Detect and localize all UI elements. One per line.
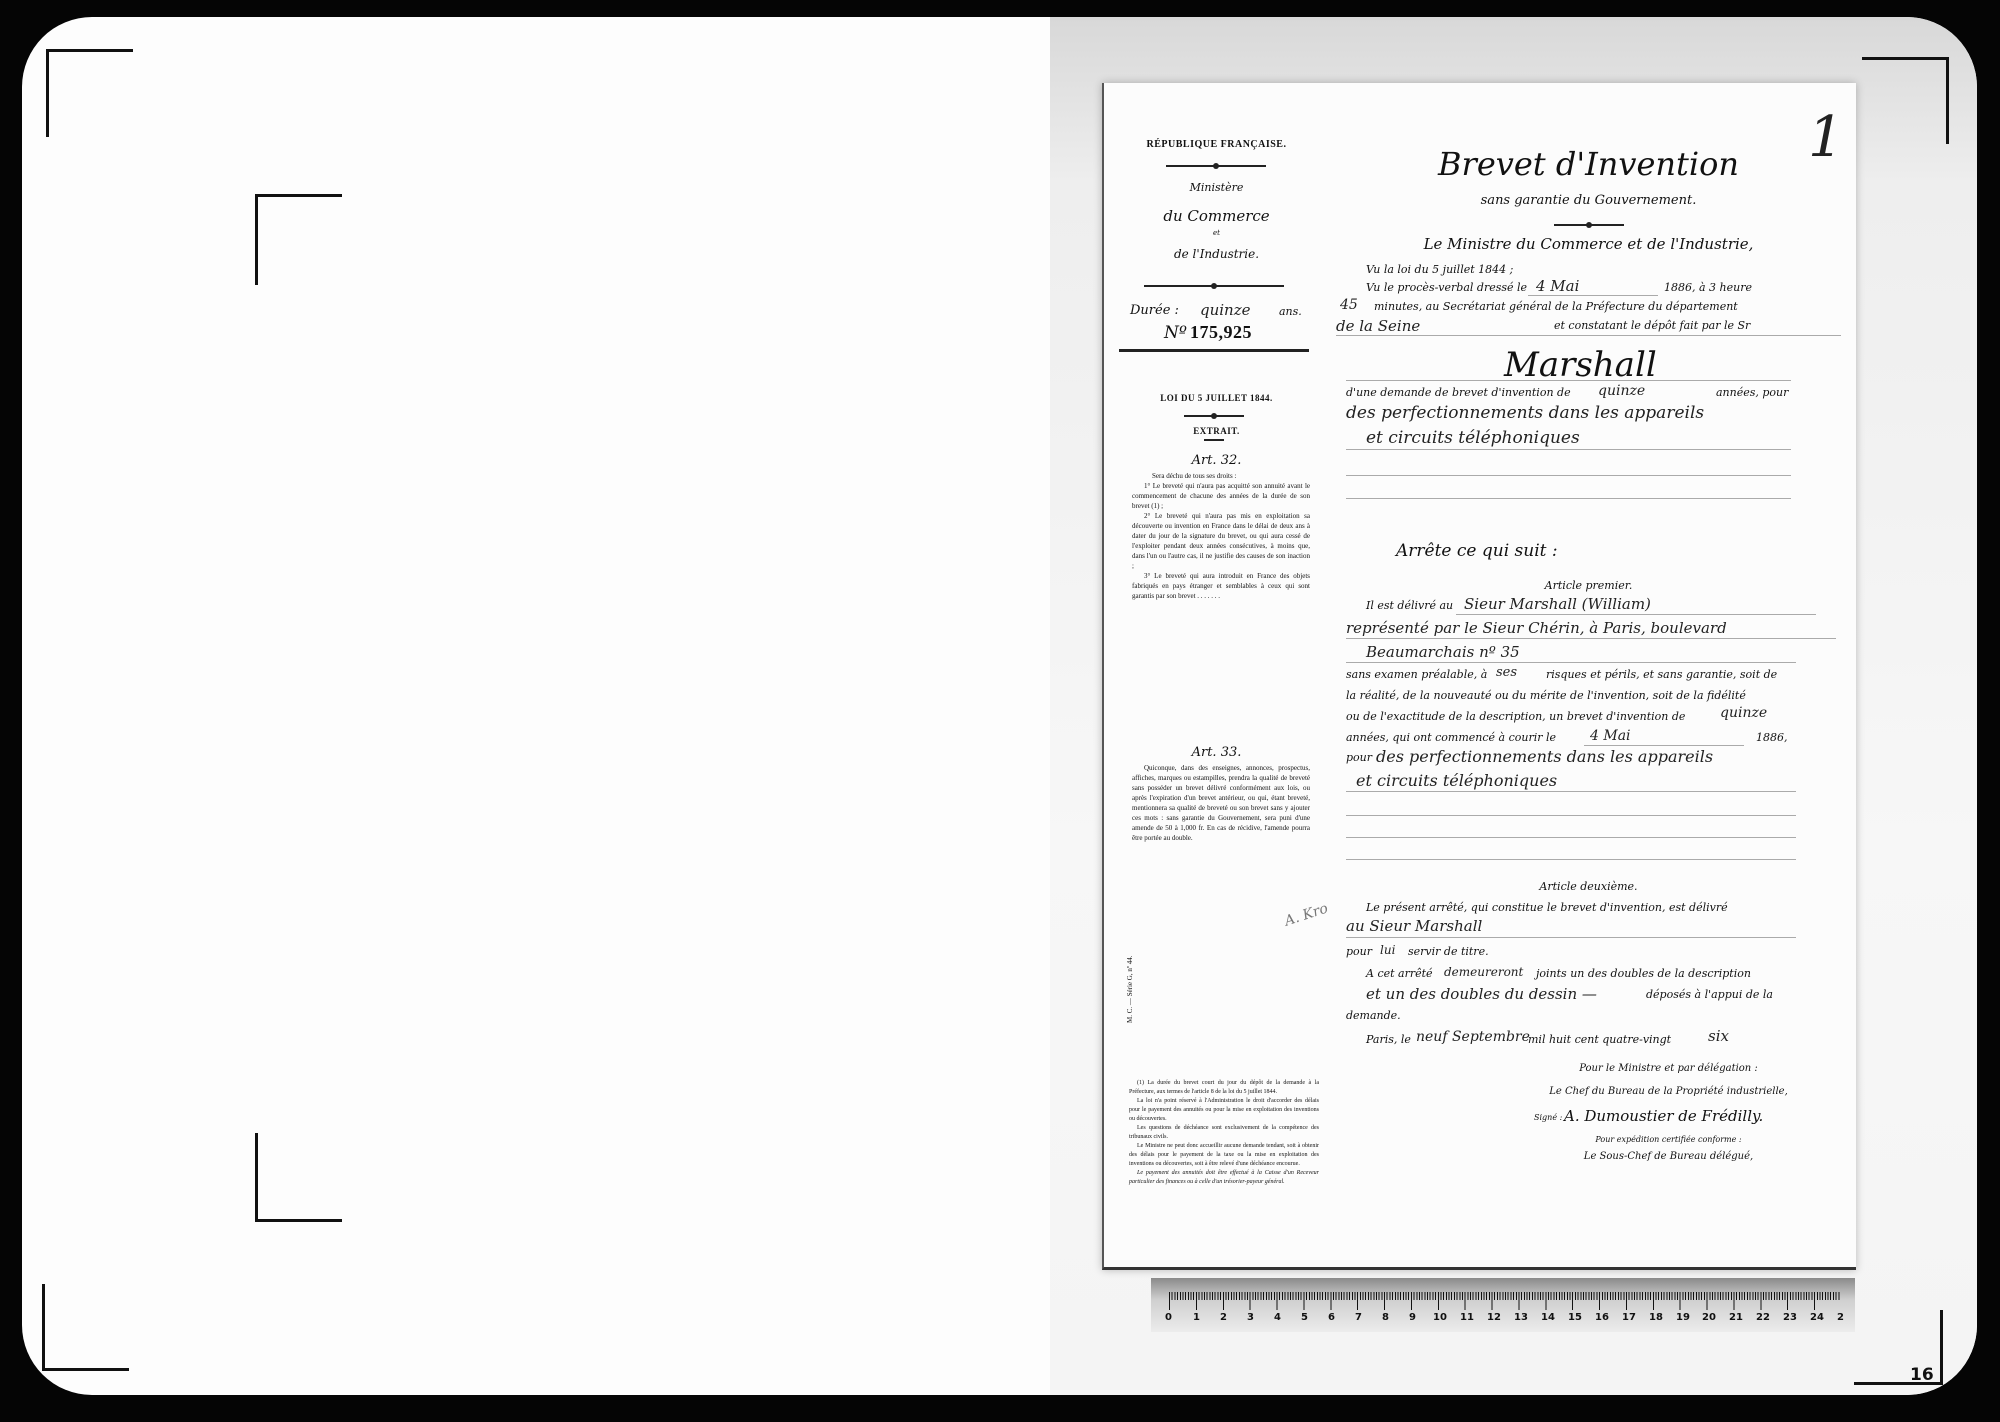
art32-p1: 1° Le breveté qui n'aura pas acquitté so… (1132, 481, 1310, 511)
article2-text2-suffix: servir de titre. (1408, 945, 1489, 958)
article1-ses: ses (1496, 665, 1517, 680)
art32-body: Sera déchu de tous ses droits : 1° Le br… (1132, 471, 1310, 601)
vu-proces-prefix: Vu le procès-verbal dressé le (1366, 281, 1527, 294)
article1-holder: Sieur Marshall (William) (1464, 595, 1651, 613)
ruler-ticks (1169, 1292, 1841, 1310)
applicant-name: Marshall (1504, 345, 1657, 385)
patent-document: RÉPUBLIQUE FRANÇAISE. Ministère du Comme… (1102, 83, 1856, 1270)
extrait-heading: EXTRAIT. (1104, 426, 1329, 436)
ruler-label: 19 (1676, 1312, 1690, 1323)
article1-representative: représenté par le Sieur Chérin, à Paris,… (1346, 619, 1727, 637)
invention-title-line2: et circuits téléphoniques (1366, 428, 1580, 448)
article1-text3-prefix: ou de l'exactitude de la description, un… (1346, 710, 1685, 723)
sheet-number: 1 (1808, 105, 1844, 170)
republique-heading: RÉPUBLIQUE FRANÇAISE. (1104, 139, 1329, 150)
article2-text1: Le présent arrêté, qui constitue le brev… (1366, 901, 1728, 914)
frame-number: 16 (1910, 1365, 1934, 1385)
divider (1204, 439, 1224, 441)
fill-line (1346, 498, 1791, 499)
art32-title: Art. 32. (1104, 453, 1329, 468)
footnote-4: Le Ministre ne peut donc accueillir aucu… (1129, 1142, 1319, 1169)
vu-loi: Vu la loi du 5 juillet 1844 ; (1366, 263, 1513, 276)
ruler-label: 13 (1514, 1312, 1528, 1323)
ruler-label: 11 (1460, 1312, 1474, 1323)
article2-dessin: et un des doubles du dessin — (1366, 985, 1597, 1003)
ornament-divider (1166, 165, 1266, 167)
signe-name: A. Dumoustier de Frédilly. (1564, 1107, 1763, 1125)
fill-line (1346, 791, 1796, 792)
article1-text2: la réalité, de la nouveauté ou du mérite… (1346, 689, 1746, 702)
ruler-label: 4 (1274, 1312, 1281, 1323)
art33-body: Quiconque, dans des enseignes, annonces,… (1132, 763, 1310, 843)
article1-start-year: 1886, (1756, 731, 1788, 744)
footnote-1: (1) La durée du brevet court du jour du … (1129, 1079, 1319, 1097)
paris-suffix: mil huit cent quatre-vingt (1528, 1033, 1671, 1046)
minister-heading: Le Ministre du Commerce et de l'Industri… (1336, 235, 1841, 253)
paris-prefix: Paris, le (1366, 1033, 1411, 1046)
ruler-label: 14 (1541, 1312, 1555, 1323)
ministere-commerce: du Commerce (1104, 207, 1329, 225)
article1-title: Article premier. (1336, 579, 1841, 592)
signature-line1: Pour le Ministre et par délégation : (1496, 1063, 1841, 1074)
ornament-divider (1184, 415, 1244, 417)
ruler-label: 1 (1193, 1312, 1200, 1323)
fill-line (1584, 745, 1744, 746)
art32-p3: 3° Le breveté qui aura introduit en Fran… (1132, 571, 1310, 601)
patent-number-prefix: Nº (1164, 323, 1187, 343)
ruler-label: 20 (1702, 1312, 1716, 1323)
ruler-label: 2 (1220, 1312, 1227, 1323)
footnotes: (1) La durée du brevet court du jour du … (1129, 1079, 1319, 1187)
article2-text3-prefix: A cet arrêté (1366, 967, 1433, 980)
ruler-label: 18 (1649, 1312, 1663, 1323)
expedition-text: Pour expédition certifiée conforme : (1496, 1135, 1841, 1144)
fill-line (1346, 638, 1836, 639)
ruler-label: 12 (1487, 1312, 1501, 1323)
fill-line (1346, 449, 1791, 450)
crop-mark-bottom-left-inner (255, 1133, 342, 1222)
ruler-label: 6 (1328, 1312, 1335, 1323)
fill-line (1346, 815, 1796, 816)
article1-address: Beaumarchais nº 35 (1366, 643, 1520, 661)
article2-lui: lui (1380, 943, 1395, 957)
ruler-label: 7 (1355, 1312, 1362, 1323)
vu-proces-year: 1886, à 3 heure (1664, 281, 1752, 294)
ruler-label: 24 (1810, 1312, 1824, 1323)
ruler-label: 15 (1568, 1312, 1582, 1323)
article2-text3-suffix: joints un des doubles de la description (1536, 967, 1751, 980)
article2-demeureront: demeureront (1444, 965, 1523, 979)
left-margin-column: RÉPUBLIQUE FRANÇAISE. Ministère du Comme… (1104, 83, 1329, 1267)
article1-prefix: Il est délivré au (1366, 599, 1453, 612)
art32-p2: 2° Le breveté qui n'aura pas mis en expl… (1132, 511, 1310, 571)
divider (1119, 349, 1309, 352)
ornament-divider (1554, 224, 1624, 226)
art32-intro: Sera déchu de tous ses droits : (1132, 471, 1310, 481)
ministere-et: et (1104, 229, 1329, 237)
demande-prefix: d'une demande de brevet d'invention de (1346, 386, 1571, 399)
article2-title: Article deuxième. (1336, 880, 1841, 893)
ruler-label: 23 (1783, 1312, 1797, 1323)
article1-invention-line1: des perfectionnements dans les appareils (1376, 747, 1713, 766)
ruler-label: 8 (1382, 1312, 1389, 1323)
article1-invention-line2: et circuits téléphoniques (1356, 771, 1557, 790)
invention-title-line1: des perfectionnements dans les appareils (1346, 403, 1704, 423)
sous-chef-text: Le Sous-Chef de Bureau délégué, (1496, 1151, 1841, 1162)
duree-label: Durée : (1130, 303, 1179, 318)
ruler-label: 22 (1756, 1312, 1770, 1323)
ruler-label: 16 (1595, 1312, 1609, 1323)
fill-line (1346, 380, 1791, 381)
arrete-heading: Arrête ce qui suit : (1396, 541, 1558, 561)
signe-label: Signé : (1534, 1113, 1562, 1122)
minutes-text: minutes, au Secrétariat général de la Pr… (1374, 300, 1738, 313)
article1-text1-prefix: sans examen préalable, à (1346, 668, 1487, 681)
footnote-5: Le payement des annuités doit être effec… (1129, 1169, 1319, 1187)
measurement-ruler: 0 1 2 3 4 5 6 7 8 9 10 11 12 13 14 15 16… (1151, 1278, 1855, 1332)
ruler-label: 5 (1301, 1312, 1308, 1323)
constatant-text: et constatant le dépôt fait par le Sr (1554, 319, 1750, 332)
article1-pour: pour (1346, 751, 1372, 764)
loi-title: LOI DU 5 JUILLET 1844. (1104, 393, 1329, 403)
footnote-2: La loi n'a point réservé à l'Administrat… (1129, 1097, 1319, 1124)
article2-text2-prefix: pour (1346, 945, 1372, 958)
duree-unit: ans. (1279, 305, 1302, 318)
document-subtitle: sans garantie du Gouvernement. (1336, 193, 1841, 208)
signature-line2: Le Chef du Bureau de la Propriété indust… (1496, 1086, 1841, 1097)
document-title: Brevet d'Invention (1336, 145, 1841, 183)
duree-value: quinze (1200, 301, 1251, 319)
article2-text5: demande. (1346, 1009, 1401, 1022)
patent-number: 175,925 (1190, 322, 1252, 343)
vu-proces-date: 4 Mai (1536, 277, 1579, 295)
ruler-label: 17 (1622, 1312, 1636, 1323)
patent-body: Brevet d'Invention sans garantie du Gouv… (1336, 83, 1841, 1267)
fill-line (1528, 295, 1658, 296)
ruler-label: 0 (1165, 1312, 1172, 1323)
article1-start-date: 4 Mai (1590, 728, 1631, 744)
fill-line (1346, 937, 1796, 938)
departement: de la Seine (1336, 317, 1420, 335)
fill-line (1336, 335, 1841, 336)
fill-line (1346, 662, 1796, 663)
handwritten-initials: A. Kro (1283, 901, 1330, 930)
crop-mark-top-left-outer (46, 49, 133, 137)
demande-duration: quinze (1598, 383, 1645, 399)
ministere-label: Ministère (1104, 181, 1329, 194)
series-code: M. C. — Série G, nº 44. (1126, 955, 1134, 1023)
ruler-label: 3 (1247, 1312, 1254, 1323)
ruler-label: 21 (1729, 1312, 1743, 1323)
crop-mark-top-left-inner (255, 194, 342, 285)
article2-text4: déposés à l'appui de la (1646, 988, 1773, 1001)
ornament-divider (1144, 285, 1284, 287)
article2-holder: au Sieur Marshall (1346, 917, 1482, 935)
fill-line (1346, 859, 1796, 860)
article1-duration: quinze (1720, 705, 1767, 721)
crop-mark-bottom-left-outer (42, 1284, 129, 1371)
demande-suffix: années, pour (1716, 386, 1788, 399)
paris-date: neuf Septembre (1416, 1029, 1530, 1045)
crop-mark-top-right (1862, 57, 1949, 144)
footnote-3: Les questions de déchéance sont exclusiv… (1129, 1124, 1319, 1142)
minutes-value: 45 (1340, 297, 1358, 313)
art33-title: Art. 33. (1104, 745, 1329, 760)
fill-line (1346, 475, 1791, 476)
ruler-label: 10 (1433, 1312, 1447, 1323)
fill-line (1456, 614, 1816, 615)
article1-text4-prefix: années, qui ont commencé à courir le (1346, 731, 1556, 744)
paris-year-handwritten: six (1708, 1027, 1729, 1045)
article1-text1-suffix: risques et périls, et sans garantie, soi… (1546, 668, 1777, 681)
ruler-label: 9 (1409, 1312, 1416, 1323)
ruler-label: 2 (1837, 1312, 1844, 1323)
ministere-industrie: de l'Industrie. (1104, 247, 1329, 261)
fill-line (1346, 837, 1796, 838)
